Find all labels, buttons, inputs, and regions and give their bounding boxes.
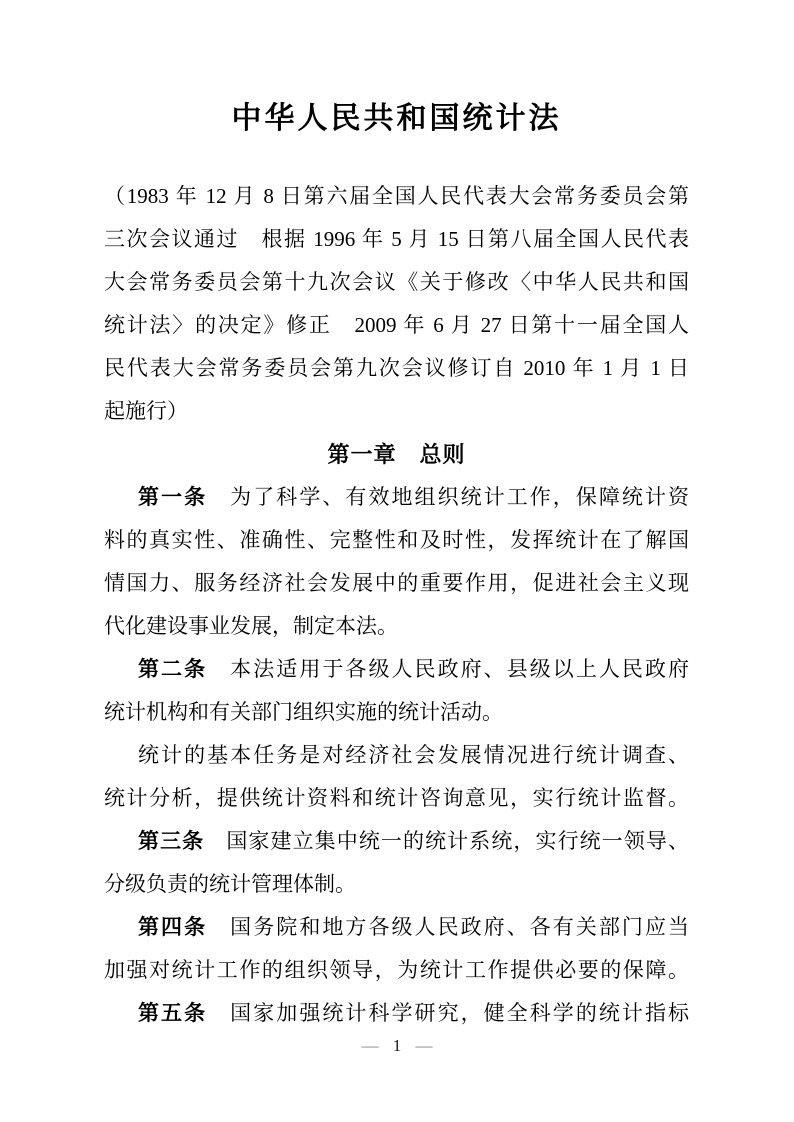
line-text: 为了科学、有效地组织统计工作，保障统计资 — [207, 485, 689, 509]
article-number-label: 第二条 — [138, 658, 207, 681]
article-number-label: 第三条 — [138, 830, 204, 853]
body-line: 第一条 为了科学、有效地组织统计工作，保障统计资 — [104, 476, 689, 519]
document-page: 中华人民共和国统计法 （1983 年 12 月 8 日第六届全国人民代表大会常务… — [0, 0, 794, 1122]
article-number-label: 第一条 — [138, 486, 207, 509]
chapter-heading: 第一章 总则 — [104, 433, 689, 476]
preamble-line: 民代表大会常务委员会第九次会议修订自 2010 年 1 月 1 日 — [104, 347, 689, 390]
line-text: 情国力、服务经济社会发展中的重要作用，促进社会主义现 — [104, 571, 689, 595]
line-text: 加强对统计工作的组织领导，为统计工作提供必要的保障。 — [104, 958, 689, 982]
line-text: 统计法〉的决定》修正 2009 年 6 月 27 日第十一届全国人 — [104, 313, 689, 337]
footer-page-number: 1 — [393, 1036, 402, 1055]
body-line: 料的真实性、准确性、完整性和及时性，发挥统计在了解国 — [104, 519, 689, 562]
footer-dash-left: — — [362, 1036, 379, 1055]
line-text: 分级负责的统计管理体制。 — [104, 872, 356, 896]
footer-dash-right: — — [416, 1036, 433, 1055]
page-title: 中华人民共和国统计法 — [104, 100, 689, 138]
preamble-line: （1983 年 12 月 8 日第六届全国人民代表大会常务委员会第 — [104, 175, 689, 218]
body-line: 第四条 国务院和地方各级人民政府、各有关部门应当 — [104, 906, 689, 949]
line-text: 统计的基本任务是对经济社会发展情况进行统计调查、 — [138, 743, 689, 767]
body-line: 情国力、服务经济社会发展中的重要作用，促进社会主义现 — [104, 562, 689, 605]
body-line: 第三条 国家建立集中统一的统计系统，实行统一领导、 — [104, 820, 689, 863]
line-text: 民代表大会常务委员会第九次会议修订自 2010 年 1 月 1 日 — [104, 356, 689, 380]
page-footer: — 1 — — [0, 1032, 794, 1060]
body-line: 分级负责的统计管理体制。 — [104, 863, 689, 906]
article-number-label: 第四条 — [138, 916, 207, 939]
article-number-label: 第五条 — [138, 1002, 207, 1025]
page-content: 中华人民共和国统计法 （1983 年 12 月 8 日第六届全国人民代表大会常务… — [104, 0, 689, 1035]
line-text: 国家加强统计科学研究，健全科学的统计指标 — [207, 1001, 689, 1025]
line-text: 国务院和地方各级人民政府、各有关部门应当 — [207, 915, 689, 939]
body-line: 代化建设事业发展，制定本法。 — [104, 605, 689, 648]
body-line: 统计机构和有关部门组织实施的统计活动。 — [104, 691, 689, 734]
body-line: 加强对统计工作的组织领导，为统计工作提供必要的保障。 — [104, 949, 689, 992]
line-text: 代化建设事业发展，制定本法。 — [104, 614, 398, 638]
article-body: 第一条 为了科学、有效地组织统计工作，保障统计资料的真实性、准确性、完整性和及时… — [104, 476, 689, 1035]
line-text: 大会常务委员会第十九次会议《关于修改〈中华人民共和国 — [104, 270, 689, 294]
body-line: 第五条 国家加强统计科学研究，健全科学的统计指标 — [104, 992, 689, 1035]
body-line: 统计的基本任务是对经济社会发展情况进行统计调查、 — [104, 734, 689, 777]
line-text: 起施行） — [104, 399, 188, 423]
preamble-line: 三次会议通过 根据 1996 年 5 月 15 日第八届全国人民代表 — [104, 218, 689, 261]
body-line: 统计分析，提供统计资料和统计咨询意见，实行统计监督。 — [104, 777, 689, 820]
line-text: 本法适用于各级人民政府、县级以上人民政府 — [207, 657, 689, 681]
line-text: 统计机构和有关部门组织实施的统计活动。 — [104, 700, 503, 724]
line-text: 统计分析，提供统计资料和统计咨询意见，实行统计监督。 — [104, 786, 689, 810]
preamble-line: 起施行） — [104, 390, 689, 433]
body-line: 第二条 本法适用于各级人民政府、县级以上人民政府 — [104, 648, 689, 691]
line-text: （1983 年 12 月 8 日第六届全国人民代表大会常务委员会第 — [104, 184, 689, 208]
line-text: 料的真实性、准确性、完整性和及时性，发挥统计在了解国 — [104, 528, 689, 552]
preamble: （1983 年 12 月 8 日第六届全国人民代表大会常务委员会第三次会议通过 … — [104, 175, 689, 433]
line-text: 国家建立集中统一的统计系统，实行统一领导、 — [204, 829, 689, 853]
preamble-line: 大会常务委员会第十九次会议《关于修改〈中华人民共和国 — [104, 261, 689, 304]
line-text: 三次会议通过 根据 1996 年 5 月 15 日第八届全国人民代表 — [104, 227, 689, 251]
preamble-line: 统计法〉的决定》修正 2009 年 6 月 27 日第十一届全国人 — [104, 304, 689, 347]
